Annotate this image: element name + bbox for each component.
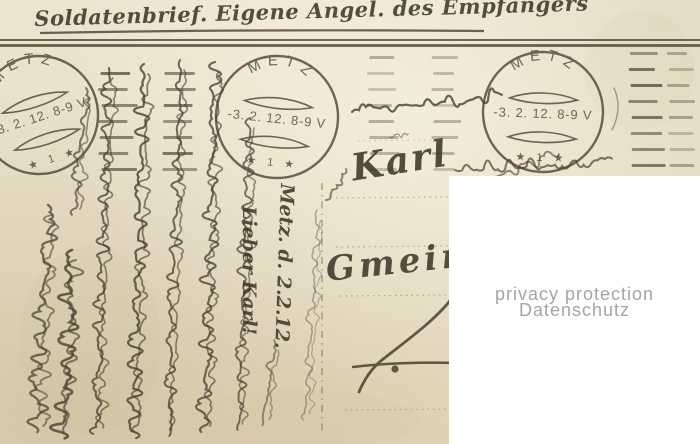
svg-text:-3. 2. 12. 8-9 V: -3. 2. 12. 8-9 V xyxy=(227,106,327,131)
svg-text:METZ: METZ xyxy=(0,41,64,92)
postmark-metz-center: METZ -3. 2. 12. 8-9 V ★ 1 ★ xyxy=(210,45,345,184)
svg-text:★ 1 ★: ★ 1 ★ xyxy=(246,154,299,171)
svg-text:METZ: METZ xyxy=(243,48,321,85)
postmark-metz-left: METZ -3. 2. 12. 8-9 V ★ 1 ★ xyxy=(0,34,113,189)
svg-text:METZ: METZ xyxy=(507,45,584,77)
privacy-line-2: Datenschutz xyxy=(519,302,630,318)
privacy-overlay: privacy protection Datenschutz xyxy=(449,176,700,444)
svg-text:★ 1 ★: ★ 1 ★ xyxy=(27,145,80,172)
message-salutation: Lieber Karl! xyxy=(238,206,260,335)
svg-text:-3. 2. 12. 8-9 V: -3. 2. 12. 8-9 V xyxy=(493,104,592,122)
svg-text:★ 1 ★: ★ 1 ★ xyxy=(515,151,567,165)
postcard-scan: METZ -3. 2. 12. 8-9 V ★ 1 ★ METZ -3. 2. … xyxy=(0,0,700,444)
